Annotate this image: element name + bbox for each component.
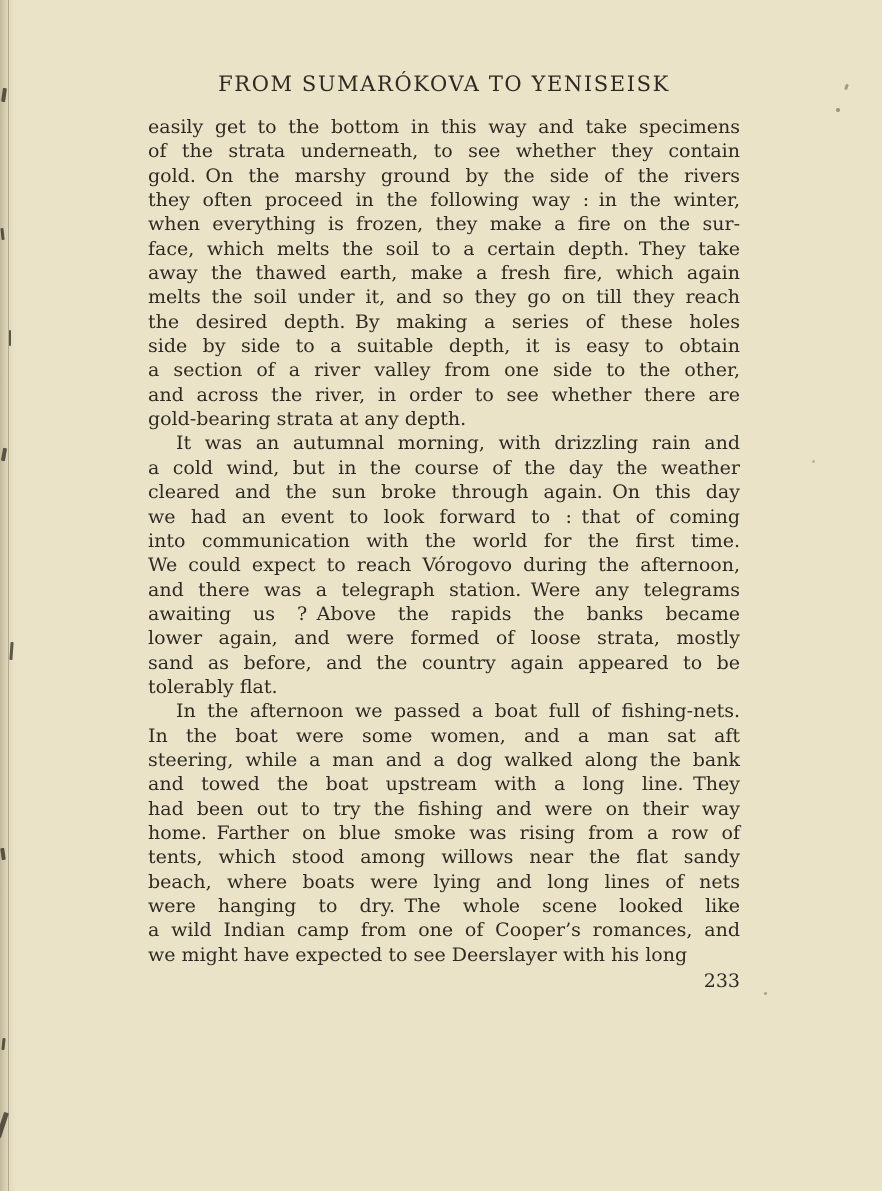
text-line: tolerably flat. <box>148 675 740 699</box>
text-line: awaiting us ? Above the rapids the banks… <box>148 602 740 626</box>
text-line: steering, while a man and a dog walked a… <box>148 748 740 772</box>
text-line: and towed the boat upstream with a long … <box>148 772 740 796</box>
text-line: tents, which stood among willows near th… <box>148 845 740 869</box>
text-line: a section of a river valley from one sid… <box>148 358 740 382</box>
book-page-scan: FROM SUMARÓKOVA TO YENISEISK easily get … <box>0 0 882 1191</box>
text-line: gold. On the marshy ground by the side o… <box>148 164 740 188</box>
printed-page-area: FROM SUMARÓKOVA TO YENISEISK easily get … <box>148 72 740 993</box>
text-line: sand as before, and the country again ap… <box>148 651 740 675</box>
paper-speck <box>764 992 767 995</box>
text-line: It was an autumnal morning, with drizzli… <box>148 431 740 455</box>
text-line: and there was a telegraph station. Were … <box>148 578 740 602</box>
paper-speck <box>812 460 815 463</box>
text-line: when everything is frozen, they make a f… <box>148 212 740 236</box>
text-line: were hanging to dry. The whole scene loo… <box>148 894 740 918</box>
paper-speck <box>836 108 840 112</box>
text-line: In the afternoon we passed a boat full o… <box>148 699 740 723</box>
text-line: melts the soil under it, and so they go … <box>148 285 740 309</box>
page-number: 233 <box>148 969 740 993</box>
text-line: home. Farther on blue smoke was rising f… <box>148 821 740 845</box>
text-line: the desired depth. By making a series of… <box>148 310 740 334</box>
text-line: they often proceed in the following way … <box>148 188 740 212</box>
running-head: FROM SUMARÓKOVA TO YENISEISK <box>148 72 740 96</box>
text-line: of the strata underneath, to see whether… <box>148 139 740 163</box>
binding-mark <box>9 330 11 346</box>
text-line: a wild Indian camp from one of Cooper’s … <box>148 918 740 942</box>
paper-speck <box>844 84 849 91</box>
text-line: and across the river, in order to see wh… <box>148 383 740 407</box>
text-line: face, which melts the soil to a certain … <box>148 237 740 261</box>
text-line: cleared and the sun broke through again.… <box>148 480 740 504</box>
text-line: we might have expected to see Deerslayer… <box>148 943 740 967</box>
text-line: we had an event to look forward to : tha… <box>148 505 740 529</box>
paragraph: easily get to the bottom in this way and… <box>148 115 740 431</box>
text-line: easily get to the bottom in this way and… <box>148 115 740 139</box>
paragraph: It was an autumnal morning, with drizzli… <box>148 431 740 699</box>
text-line: In the boat were some women, and a man s… <box>148 724 740 748</box>
text-line: beach, where boats were lying and long l… <box>148 870 740 894</box>
text-line: gold-bearing strata at any depth. <box>148 407 740 431</box>
text-line: had been out to try the fishing and were… <box>148 797 740 821</box>
text-line: side by side to a suitable depth, it is … <box>148 334 740 358</box>
text-line: into communication with the world for th… <box>148 529 740 553</box>
paragraph: In the afternoon we passed a boat full o… <box>148 699 740 967</box>
text-line: We could expect to reach Vórogovo during… <box>148 553 740 577</box>
text-block: easily get to the bottom in this way and… <box>148 115 740 967</box>
text-line: lower again, and were formed of loose st… <box>148 626 740 650</box>
text-line: away the thawed earth, make a fresh fire… <box>148 261 740 285</box>
page-binding-edge <box>0 0 16 1191</box>
text-line: a cold wind, but in the course of the da… <box>148 456 740 480</box>
